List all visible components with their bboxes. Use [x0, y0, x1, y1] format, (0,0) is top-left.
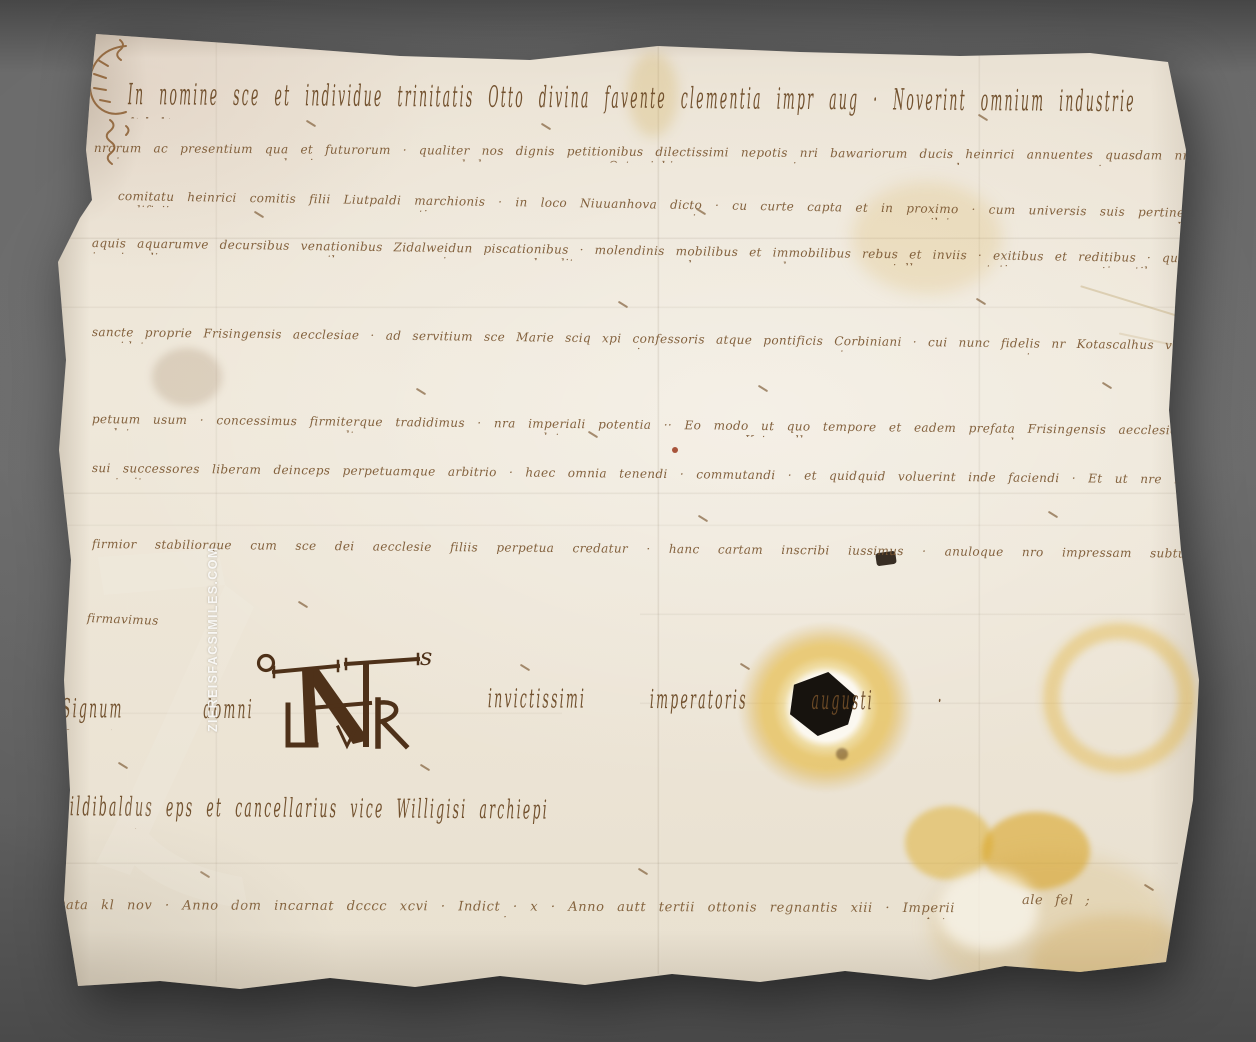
svg-text:s: s: [420, 645, 432, 671]
fold-crease-horizontal: [60, 306, 1182, 310]
abbreviation-mark: [541, 123, 551, 131]
parchment-top-edge-shading: [90, 32, 1170, 58]
watermark-text: ZIEREISFACSIMILES.COM: [206, 560, 222, 732]
abbreviation-mark: [416, 388, 426, 396]
abbreviation-mark: [254, 211, 264, 219]
fold-crease-horizontal: [62, 524, 1188, 528]
ring-stain: [1028, 608, 1210, 788]
fold-crease-diagonal: [1080, 285, 1191, 321]
fold-crease-vertical: [978, 54, 982, 972]
manuscript-line-body-1: nrorum ac presentium qua et futurorum · …: [94, 141, 1234, 167]
abbreviation-mark: [698, 515, 708, 523]
abbreviation-mark: [298, 601, 308, 609]
abbreviation-mark: [1144, 884, 1154, 892]
abbreviation-mark: [638, 868, 648, 876]
seal-side-dot: [836, 748, 848, 760]
chrismon-icon: [80, 34, 140, 176]
stain-bottom-wash: [930, 852, 1170, 1002]
manuscript-line-body-3: aquis aquarumve decursibus venationibus …: [92, 236, 1236, 270]
otto-monogram: s: [250, 645, 435, 770]
manuscript-line-body-2: comitatu heinrici comitis filii Liutpald…: [118, 189, 1230, 224]
abbreviation-mark: [306, 120, 316, 128]
photo-stage: In nomine sce et individue trinitatis Ot…: [0, 0, 1256, 1042]
stain-bottom-wash-2: [1030, 915, 1200, 1010]
manuscript-line-body-6: sui successores liberam deinceps perpetu…: [92, 461, 1240, 491]
abbreviation-mark: [1048, 511, 1058, 519]
fold-crease-horizontal: [62, 492, 1190, 496]
abbreviation-mark: [758, 385, 768, 393]
manuscript-line-body-4: sancte proprie Frisingensis aecclesiae ·…: [92, 325, 1236, 357]
abbreviation-mark: [1102, 382, 1112, 390]
parchment-right-edge-shading: [1150, 56, 1202, 966]
manuscript-line-signum-right: invictissimi imperatoris augusti ·: [488, 682, 944, 722]
fold-crease-vertical: [657, 44, 661, 974]
smudge-mid-left: [152, 348, 222, 406]
red-fleck: [672, 447, 678, 453]
abbreviation-mark: [740, 663, 750, 671]
stain-bottom-2: [982, 812, 1090, 890]
abbreviation-mark: [520, 664, 530, 672]
manuscript-line-body-5: petuum usum · concessimus firmiterque tr…: [92, 412, 1240, 442]
fold-crease-horizontal: [640, 613, 1185, 617]
manuscript-line-datum-end: ale fel ;: [1022, 893, 1122, 912]
ziereis-logo-icon: [58, 545, 273, 925]
parchment-charter: In nomine sce et individue trinitatis Ot…: [0, 0, 1256, 1042]
parchment-shadow-wrap: In nomine sce et individue trinitatis Ot…: [0, 0, 1256, 1042]
parchment-bottom-edge-shading: [60, 930, 1180, 990]
